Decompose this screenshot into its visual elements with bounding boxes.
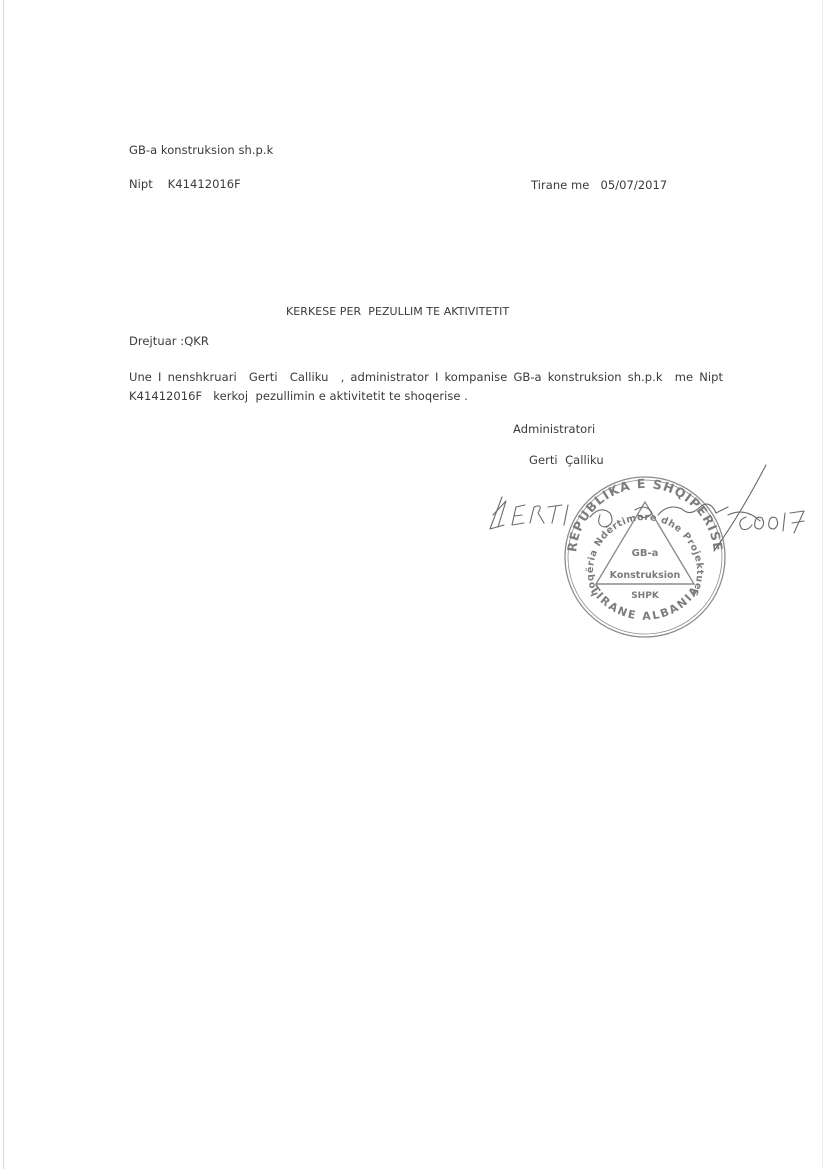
nipt-line: Nipt K41412016F: [129, 177, 241, 191]
company-name: GB-a konstruksion sh.p.k: [129, 143, 273, 157]
stamp-outer-bottom-text: TIRANE ALBANIA: [588, 583, 703, 623]
signatory-role: Administratori: [513, 422, 595, 436]
scan-edge-right: [822, 0, 823, 1169]
addressee: Drejtuar :QKR: [129, 334, 209, 348]
document-title: KERKESE PER PEZULLIM TE AKTIVITETIT: [286, 305, 509, 318]
nipt-value: K41412016F: [168, 177, 241, 191]
nipt-label: Nipt: [129, 177, 153, 191]
place-date: Tirane me 05/07/2017: [531, 178, 667, 192]
body-text-line-1: Une I nenshkruari Gerti Calliku , admini…: [129, 370, 723, 384]
stamp-center-line-2: Konstruksion: [610, 570, 681, 581]
body-text-line-2: K41412016F kerkoj pezullimin e aktivitet…: [129, 389, 468, 403]
stamp-center-line-3: SHPK: [631, 591, 660, 601]
svg-text:TIRANE ALBANIA: TIRANE ALBANIA: [588, 583, 703, 623]
handwritten-signature: [470, 455, 815, 565]
scan-edge-left: [3, 0, 4, 1169]
